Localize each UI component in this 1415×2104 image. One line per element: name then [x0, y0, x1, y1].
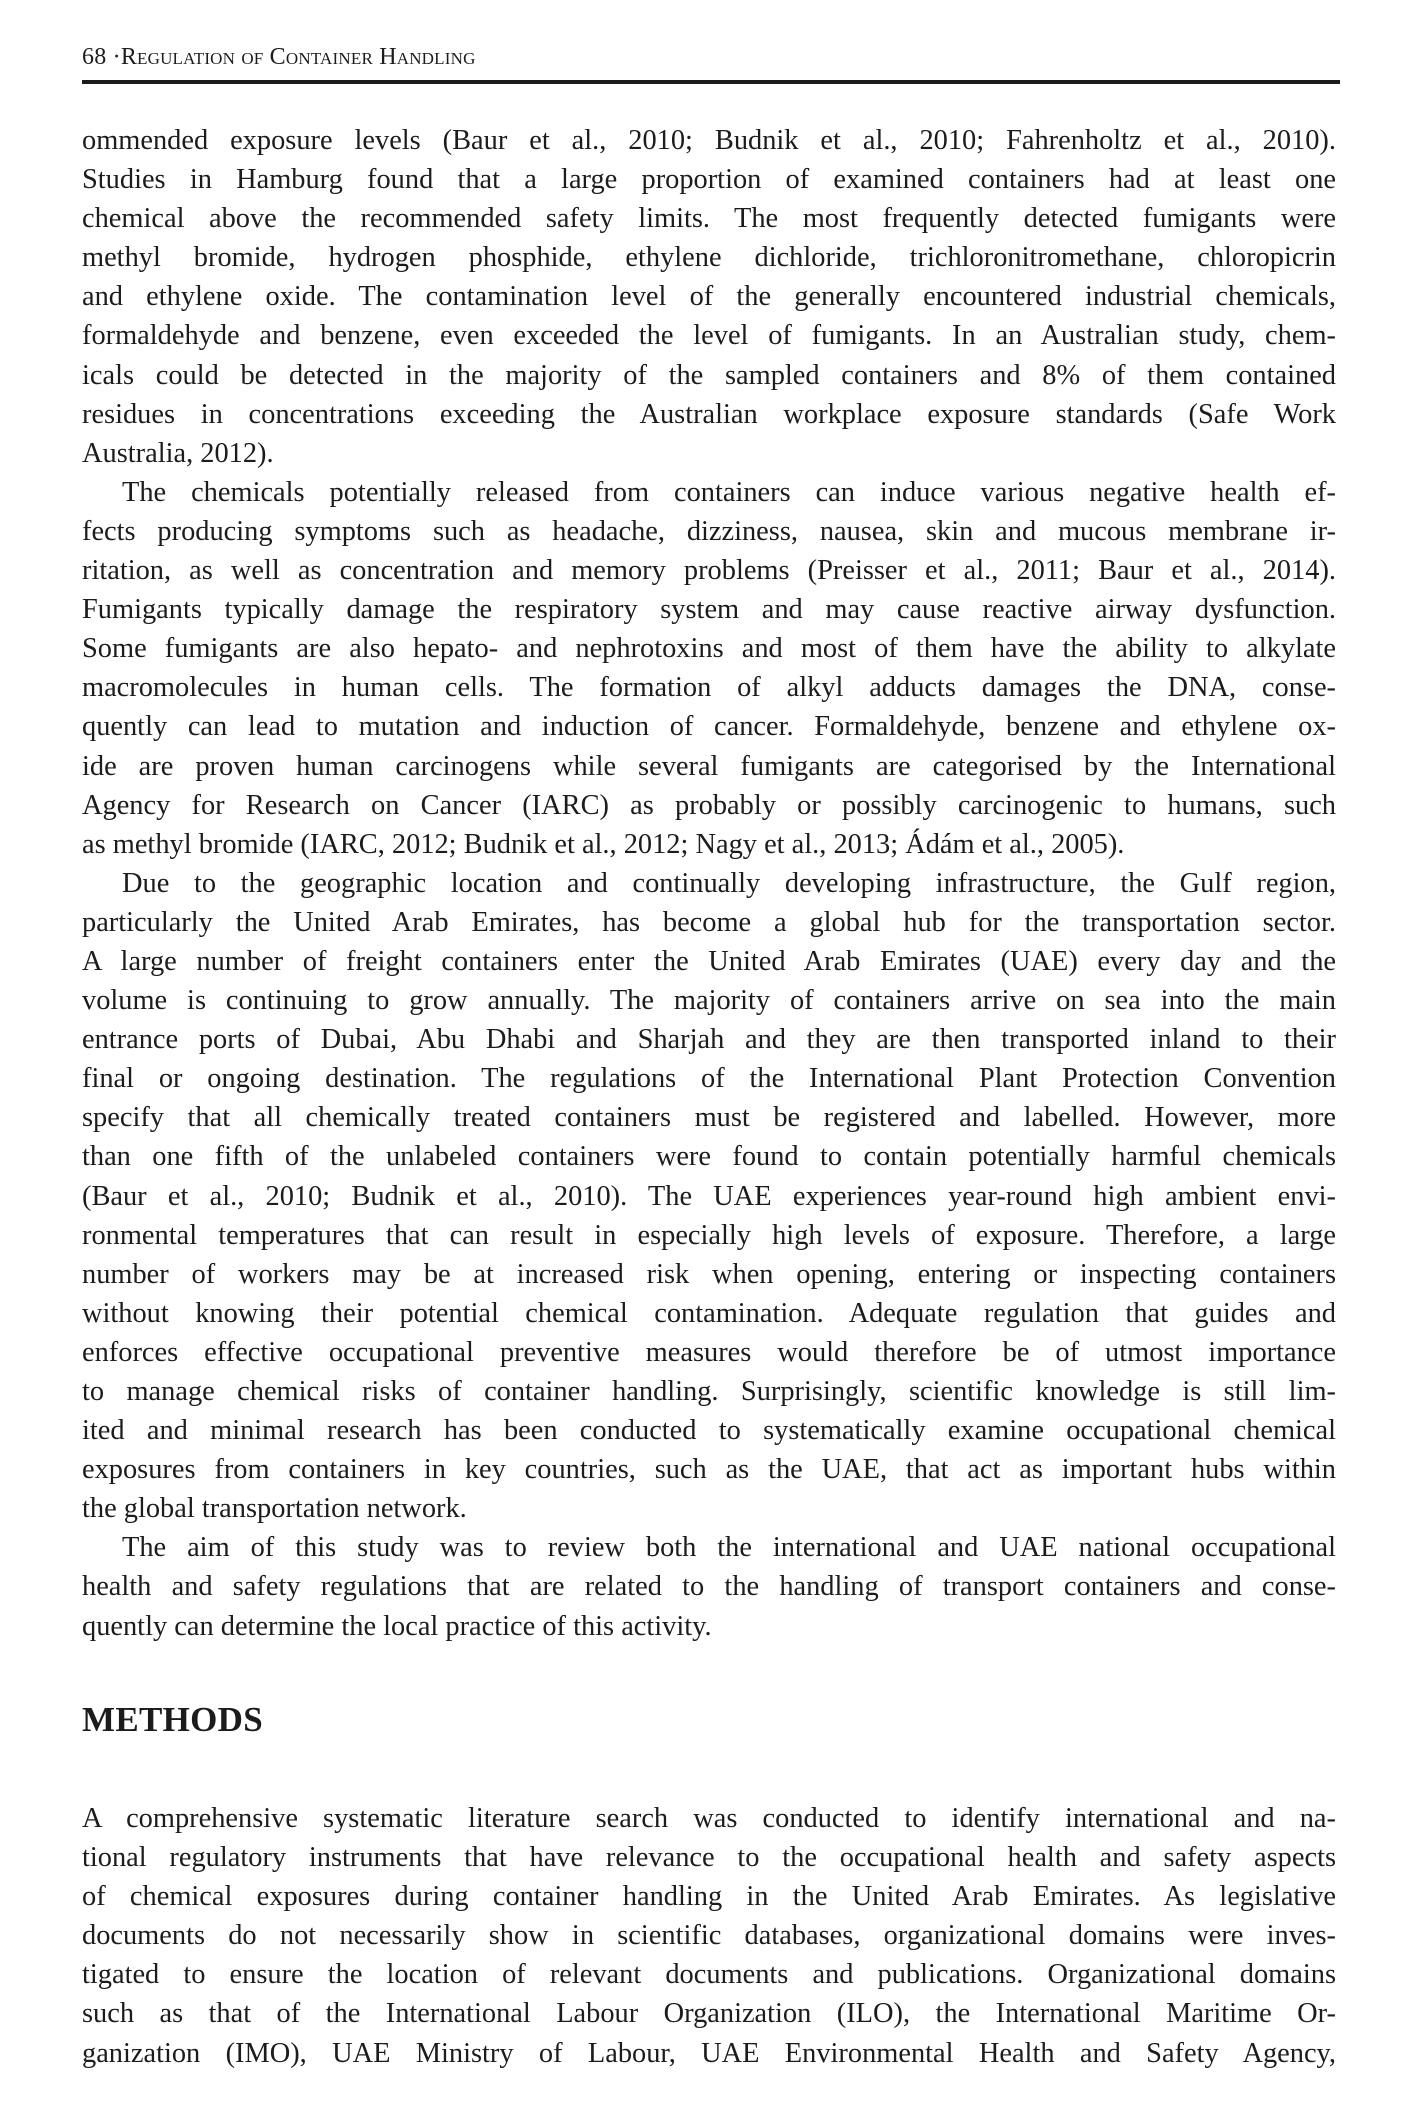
text-line: Australia, 2012).	[82, 434, 1336, 473]
paragraph: ommended exposure levels (Baur et al., 2…	[82, 121, 1336, 473]
text-line: chemical above the recommended safety li…	[82, 199, 1336, 238]
text-line: ited and minimal research has been condu…	[82, 1411, 1336, 1450]
text-line: without knowing their potential chemical…	[82, 1294, 1336, 1333]
text-line: A large number of freight containers ent…	[82, 942, 1336, 981]
text-line: (Baur et al., 2010; Budnik et al., 2010)…	[82, 1177, 1336, 1216]
text-line: as methyl bromide (IARC, 2012; Budnik et…	[82, 825, 1336, 864]
text-line: particularly the United Arab Emirates, h…	[82, 903, 1336, 942]
text-line: formaldehyde and benzene, even exceeded …	[82, 316, 1336, 355]
text-line: Due to the geographic location and conti…	[82, 864, 1336, 903]
text-line: quently can lead to mutation and inducti…	[82, 707, 1336, 746]
text-line: tional regulatory instruments that have …	[82, 1838, 1336, 1877]
body-text: ommended exposure levels (Baur et al., 2…	[82, 121, 1336, 1646]
text-line: documents do not necessarily show in sci…	[82, 1916, 1336, 1955]
text-line: quently can determine the local practice…	[82, 1607, 1336, 1646]
text-line: enforces effective occupational preventi…	[82, 1333, 1336, 1372]
paragraph: Due to the geographic location and conti…	[82, 864, 1336, 1529]
text-line: and ethylene oxide. The contamination le…	[82, 277, 1336, 316]
text-line: The aim of this study was to review both…	[82, 1528, 1336, 1567]
text-line: A comprehensive systematic literature se…	[82, 1799, 1336, 1838]
text-line: ritation, as well as concentration and m…	[82, 551, 1336, 590]
header-rule	[82, 80, 1340, 84]
text-line: volume is continuing to grow annually. T…	[82, 981, 1336, 1020]
text-line: number of workers may be at increased ri…	[82, 1255, 1336, 1294]
text-line: ide are proven human carcinogens while s…	[82, 747, 1336, 786]
text-line: The chemicals potentially released from …	[82, 473, 1336, 512]
text-line: Agency for Research on Cancer (IARC) as …	[82, 786, 1336, 825]
header-separator: ·	[106, 44, 120, 70]
section-heading-methods: METHODS	[82, 1700, 263, 1740]
text-line: Some fumigants are also hepato- and neph…	[82, 629, 1336, 668]
text-line: final or ongoing destination. The regula…	[82, 1059, 1336, 1098]
text-line: ommended exposure levels (Baur et al., 2…	[82, 121, 1336, 160]
page-number: 68	[82, 44, 106, 70]
text-line: ganization (IMO), UAE Ministry of Labour…	[82, 2034, 1336, 2073]
paragraph: The chemicals potentially released from …	[82, 473, 1336, 864]
text-line: tigated to ensure the location of releva…	[82, 1955, 1336, 1994]
methods-paragraph: A comprehensive systematic literature se…	[82, 1799, 1336, 2073]
text-line: residues in concentrations exceeding the…	[82, 395, 1336, 434]
text-line: entrance ports of Dubai, Abu Dhabi and S…	[82, 1020, 1336, 1059]
text-line: macromolecules in human cells. The forma…	[82, 668, 1336, 707]
text-line: exposures from containers in key countri…	[82, 1450, 1336, 1489]
text-line: methyl bromide, hydrogen phosphide, ethy…	[82, 238, 1336, 277]
text-line: fects producing symptoms such as headach…	[82, 512, 1336, 551]
text-line: of chemical exposures during container h…	[82, 1877, 1336, 1916]
text-line: specify that all chemically treated cont…	[82, 1098, 1336, 1137]
text-line: to manage chemical risks of container ha…	[82, 1372, 1336, 1411]
text-line: Studies in Hamburg found that a large pr…	[82, 160, 1336, 199]
running-header: 68 ·Regulation of Container Handling	[82, 44, 476, 71]
paragraph: The aim of this study was to review both…	[82, 1528, 1336, 1645]
running-title: Regulation of Container Handling	[121, 44, 476, 70]
text-line: Fumigants typically damage the respirato…	[82, 590, 1336, 629]
text-line: such as that of the International Labour…	[82, 1994, 1336, 2033]
text-line: the global transportation network.	[82, 1489, 1336, 1528]
text-line: than one fifth of the unlabeled containe…	[82, 1137, 1336, 1176]
text-line: health and safety regulations that are r…	[82, 1567, 1336, 1606]
text-line: icals could be detected in the majority …	[82, 356, 1336, 395]
text-line: ronmental temperatures that can result i…	[82, 1216, 1336, 1255]
